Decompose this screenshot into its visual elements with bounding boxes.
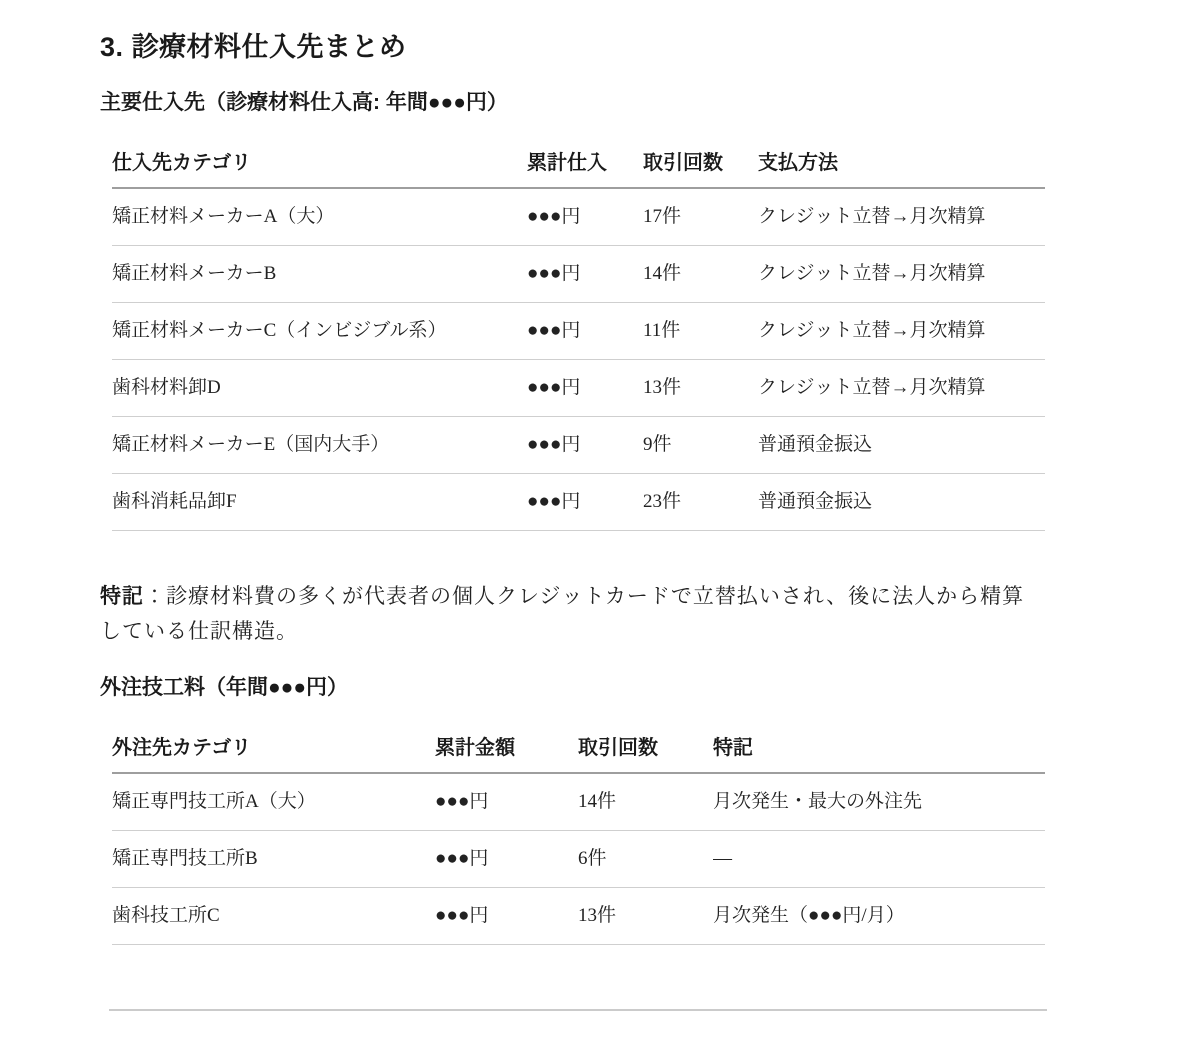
cell-remarks: 月次発生（●●●円/月） (713, 888, 1045, 945)
table-row: 矯正材料メーカーC（インビジブル系） ●●●円 11件 クレジット立替→月次精算 (112, 303, 1045, 360)
column-header-cumulative-purchase: 累計仕入 (527, 140, 643, 188)
cell-payment-method: クレジット立替→月次精算 (758, 246, 1045, 303)
outsourcing-table: 外注先カテゴリ 累計金額 取引回数 特記 矯正専門技工所A（大） ●●●円 14… (112, 725, 1045, 945)
column-header-payment-method: 支払方法 (758, 140, 1045, 188)
cell-payment-method: 普通預金振込 (758, 417, 1045, 474)
cell-payment-method: クレジット立替→月次精算 (758, 360, 1045, 417)
cell-cumulative-purchase: ●●●円 (527, 417, 643, 474)
note-label: 特記 (100, 585, 144, 608)
suppliers-table-header-row: 仕入先カテゴリ 累計仕入 取引回数 支払方法 (112, 140, 1045, 188)
cell-cumulative-purchase: ●●●円 (527, 246, 643, 303)
table-row: 歯科材料卸D ●●●円 13件 クレジット立替→月次精算 (112, 360, 1045, 417)
table-row: 歯科消耗品卸F ●●●円 23件 普通預金振込 (112, 474, 1045, 531)
section-title: 3. 診療材料仕入先まとめ (100, 30, 1047, 64)
column-header-transaction-count: 取引回数 (578, 725, 713, 773)
cell-transaction-count: 6件 (578, 831, 713, 888)
outsourcing-heading: 外注技工料（年間●●●円） (100, 675, 1047, 701)
note-paragraph: 特記：診療材料費の多くが代表者の個人クレジットカードで立替払いされ、後に法人から… (100, 579, 1040, 649)
cell-remarks: ― (713, 831, 1045, 888)
table-row: 歯科技工所C ●●●円 13件 月次発生（●●●円/月） (112, 888, 1045, 945)
section-divider (109, 1009, 1047, 1011)
cell-supplier-category: 歯科消耗品卸F (112, 474, 527, 531)
cell-cumulative-purchase: ●●●円 (527, 360, 643, 417)
cell-transaction-count: 23件 (643, 474, 758, 531)
cell-outsourcee-category: 矯正専門技工所A（大） (112, 773, 435, 831)
outsourcing-table-header-row: 外注先カテゴリ 累計金額 取引回数 特記 (112, 725, 1045, 773)
cell-payment-method: 普通預金振込 (758, 474, 1045, 531)
cell-transaction-count: 13件 (643, 360, 758, 417)
cell-outsourcee-category: 矯正専門技工所B (112, 831, 435, 888)
cell-cumulative-amount: ●●●円 (435, 888, 578, 945)
suppliers-heading: 主要仕入先（診療材料仕入高: 年間●●●円） (100, 90, 1047, 116)
column-header-transaction-count: 取引回数 (643, 140, 758, 188)
cell-cumulative-purchase: ●●●円 (527, 188, 643, 246)
cell-transaction-count: 17件 (643, 188, 758, 246)
column-header-cumulative-amount: 累計金額 (435, 725, 578, 773)
report-page: 3. 診療材料仕入先まとめ 主要仕入先（診療材料仕入高: 年間●●●円） 仕入先… (100, 0, 1047, 1011)
cell-supplier-category: 矯正材料メーカーB (112, 246, 527, 303)
column-header-supplier-category: 仕入先カテゴリ (112, 140, 527, 188)
table-row: 矯正材料メーカーE（国内大手） ●●●円 9件 普通預金振込 (112, 417, 1045, 474)
cell-supplier-category: 矯正材料メーカーC（インビジブル系） (112, 303, 527, 360)
table-row: 矯正材料メーカーA（大） ●●●円 17件 クレジット立替→月次精算 (112, 188, 1045, 246)
cell-cumulative-purchase: ●●●円 (527, 303, 643, 360)
cell-supplier-category: 歯科材料卸D (112, 360, 527, 417)
cell-supplier-category: 矯正材料メーカーE（国内大手） (112, 417, 527, 474)
cell-outsourcee-category: 歯科技工所C (112, 888, 435, 945)
cell-transaction-count: 11件 (643, 303, 758, 360)
table-row: 矯正材料メーカーB ●●●円 14件 クレジット立替→月次精算 (112, 246, 1045, 303)
cell-supplier-category: 矯正材料メーカーA（大） (112, 188, 527, 246)
cell-cumulative-purchase: ●●●円 (527, 474, 643, 531)
cell-remarks: 月次発生・最大の外注先 (713, 773, 1045, 831)
cell-cumulative-amount: ●●●円 (435, 773, 578, 831)
column-header-remarks: 特記 (713, 725, 1045, 773)
table-row: 矯正専門技工所A（大） ●●●円 14件 月次発生・最大の外注先 (112, 773, 1045, 831)
suppliers-table: 仕入先カテゴリ 累計仕入 取引回数 支払方法 矯正材料メーカーA（大） ●●●円… (112, 140, 1045, 531)
table-row: 矯正専門技工所B ●●●円 6件 ― (112, 831, 1045, 888)
cell-payment-method: クレジット立替→月次精算 (758, 188, 1045, 246)
column-header-outsourcee-category: 外注先カテゴリ (112, 725, 435, 773)
cell-cumulative-amount: ●●●円 (435, 831, 578, 888)
note-text: ：診療材料費の多くが代表者の個人クレジットカードで立替払いされ、後に法人から精算… (100, 585, 1024, 643)
cell-payment-method: クレジット立替→月次精算 (758, 303, 1045, 360)
cell-transaction-count: 14件 (643, 246, 758, 303)
cell-transaction-count: 13件 (578, 888, 713, 945)
cell-transaction-count: 9件 (643, 417, 758, 474)
cell-transaction-count: 14件 (578, 773, 713, 831)
